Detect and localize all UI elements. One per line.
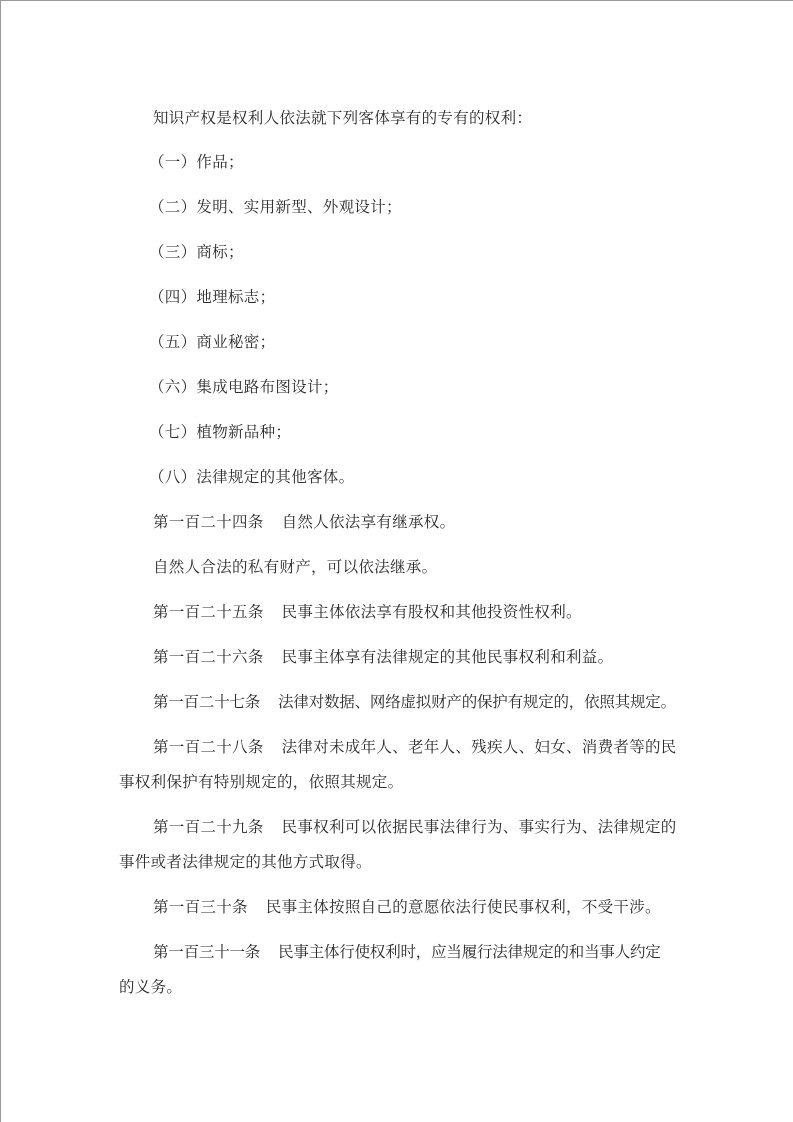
article-number: 第一百二十七条 [153, 693, 260, 711]
article-130: 第一百三十条民事主体按照自己的意愿依法行使民事权利，不受干涉。 [153, 898, 661, 916]
article-number: 第一百二十九条 [153, 818, 264, 836]
document-page: 知识产权是权利人依法就下列客体享有的专有的权利： （一）作品； （二）发明、实用… [0, 0, 793, 1122]
article-131: 第一百三十一条民事主体行使权利时，应当履行法律规定的和当事人约定 [153, 943, 661, 961]
article-text: 民事主体按照自己的意愿依法行使民事权利，不受干涉。 [266, 898, 661, 916]
article-number: 第一百三十条 [153, 898, 248, 916]
paragraph-intro: 知识产权是权利人依法就下列客体享有的专有的权利： [153, 109, 532, 127]
list-item-8: （八）法律规定的其他客体。 [149, 468, 354, 486]
article-text: 法律对未成年人、老年人、残疾人、妇女、消费者等的民 [282, 738, 677, 756]
article-text: 民事主体行使权利时，应当履行法律规定的和当事人约定 [278, 943, 661, 961]
article-124: 第一百二十四条自然人依法享有继承权。 [153, 513, 455, 531]
article-129: 第一百二十九条民事权利可以依据民事法律行为、事实行为、法律规定的 [153, 818, 677, 836]
article-125: 第一百二十五条民事主体依法享有股权和其他投资性权利。 [153, 603, 582, 621]
article-131-continuation: 的义务。 [119, 978, 182, 996]
article-128: 第一百二十八条法律对未成年人、老年人、残疾人、妇女、消费者等的民 [153, 738, 677, 756]
article-number: 第一百二十六条 [153, 648, 264, 666]
list-item-6: （六）集成电路布图设计； [149, 378, 339, 396]
article-text: 自然人依法享有继承权。 [282, 513, 456, 531]
article-number: 第一百二十八条 [153, 738, 264, 756]
article-128-continuation: 事权利保护有特别规定的，依照其规定。 [119, 773, 403, 791]
article-text: 民事权利可以依据民事法律行为、事实行为、法律规定的 [282, 818, 677, 836]
article-number: 第一百二十四条 [153, 513, 264, 531]
article-text: 民事主体依法享有股权和其他投资性权利。 [282, 603, 582, 621]
article-number: 第一百二十五条 [153, 603, 264, 621]
article-124-continuation: 自然人合法的私有财产，可以依法继承。 [153, 558, 437, 576]
list-item-3: （三）商标； [149, 243, 244, 261]
list-item-2: （二）发明、实用新型、外观设计； [149, 198, 402, 216]
article-127: 第一百二十七条法律对数据、网络虚拟财产的保护有规定的，依照其规定。 [153, 693, 676, 711]
list-item-4: （四）地理标志； [149, 288, 275, 306]
article-text: 民事主体享有法律规定的其他民事权利和利益。 [282, 648, 614, 666]
article-text: 法律对数据、网络虚拟财产的保护有规定的，依照其规定。 [278, 693, 676, 711]
list-item-7: （七）植物新品种； [149, 423, 291, 441]
article-number: 第一百三十一条 [153, 943, 260, 961]
article-126: 第一百二十六条民事主体享有法律规定的其他民事权利和利益。 [153, 648, 613, 666]
article-129-continuation: 事件或者法律规定的其他方式取得。 [119, 853, 372, 871]
list-item-1: （一）作品； [149, 153, 244, 171]
list-item-5: （五）商业秘密； [149, 333, 275, 351]
